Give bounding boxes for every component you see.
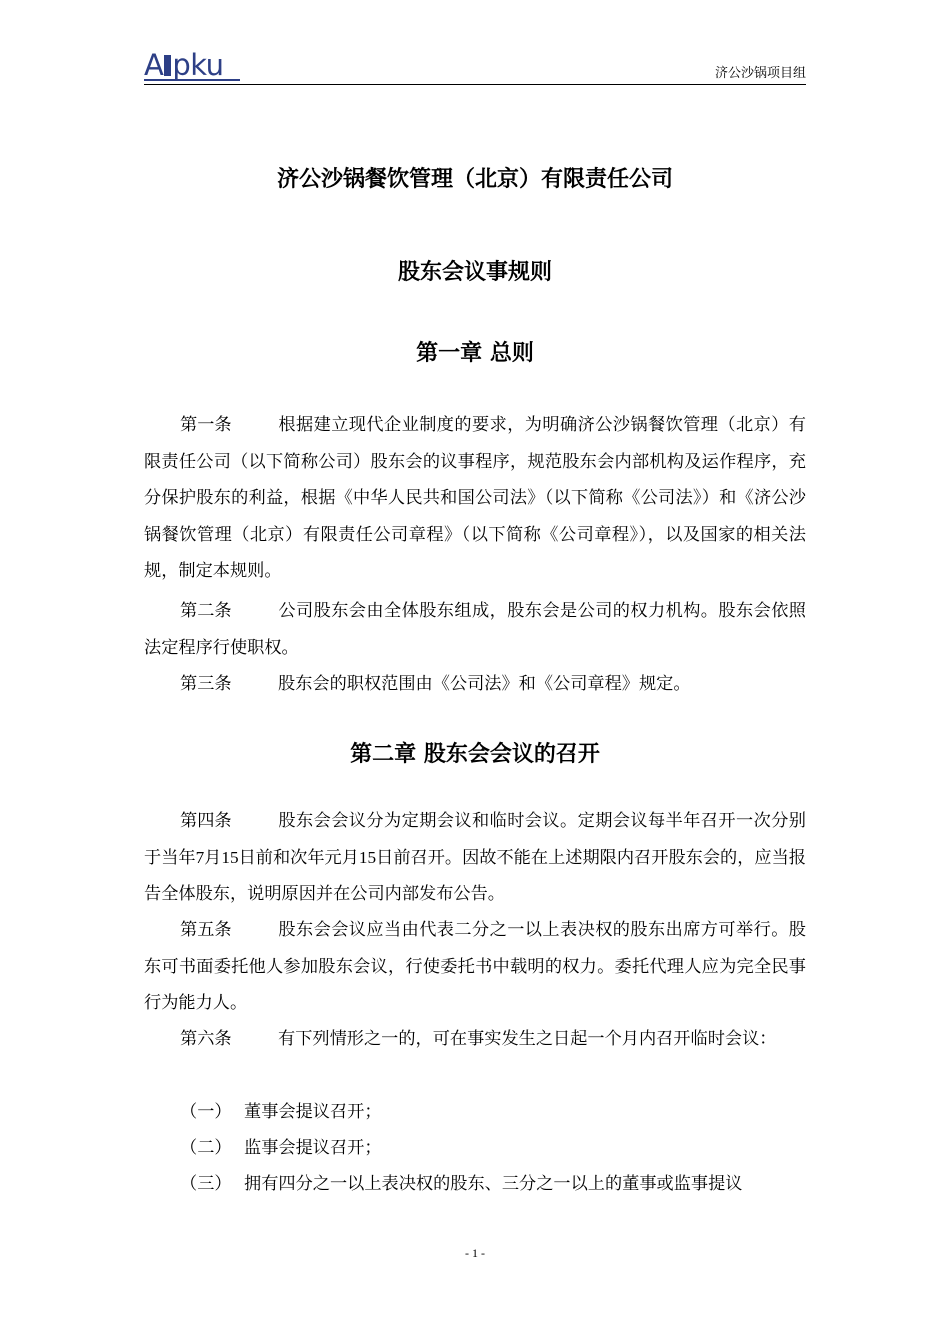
article-label: 第二条	[144, 593, 278, 630]
article-5: 第五条股东会会议应当由代表二分之一以上表决权的股东出席方可举行。股东可书面委托他…	[144, 912, 806, 1022]
list-item-text: 监事会提议召开；	[244, 1138, 382, 1157]
page-header: Apku 济公沙锅项目组	[144, 48, 806, 85]
chapter-1-title: 第一章 总则	[144, 336, 806, 367]
article-label: 第六条	[144, 1021, 278, 1058]
page-number: - 1 -	[0, 1246, 950, 1261]
article-text: 有下列情形之一的，可在事实发生之日起一个月内召开临时会议：	[278, 1029, 776, 1048]
article-6: 第六条有下列情形之一的，可在事实发生之日起一个月内召开临时会议：	[144, 1021, 806, 1058]
article-label: 第四条	[144, 803, 278, 840]
list-item-number: （一）	[180, 1094, 244, 1131]
article-label: 第三条	[144, 666, 278, 703]
list-item-text: 董事会提议召开；	[244, 1102, 382, 1121]
article-label: 第五条	[144, 912, 278, 949]
company-title: 济公沙锅餐饮管理（北京）有限责任公司	[144, 162, 806, 193]
chapter-2-title: 第二章 股东会会议的召开	[144, 737, 806, 768]
list-item: （二）监事会提议召开；	[180, 1130, 382, 1167]
logo-bar-icon	[164, 55, 171, 76]
list-item: （三）拥有四分之一以上表决权的股东、三分之一以上的董事或监事提议	[180, 1166, 742, 1203]
article-1: 第一条根据建立现代企业制度的要求，为明确济公沙锅餐饮管理（北京）有限责任公司（以…	[144, 407, 806, 590]
project-group-label: 济公沙锅项目组	[715, 62, 806, 81]
article-4: 第四条股东会会议分为定期会议和临时会议。定期会议每半年召开一次分别于当年7月15…	[144, 803, 806, 913]
article-label: 第一条	[144, 407, 278, 444]
list-item-number: （二）	[180, 1130, 244, 1167]
logo-underline	[144, 79, 240, 81]
alpku-logo: Apku	[144, 50, 224, 80]
document-title: 股东会议事规则	[144, 255, 806, 286]
article-2: 第二条公司股东会由全体股东组成，股东会是公司的权力机构。股东会依照法定程序行使职…	[144, 593, 806, 666]
article-3: 第三条股东会的职权范围由《公司法》和《公司章程》规定。	[144, 666, 806, 703]
list-item: （一）董事会提议召开；	[180, 1094, 382, 1131]
article-text: 股东会的职权范围由《公司法》和《公司章程》规定。	[278, 674, 691, 693]
list-item-number: （三）	[180, 1166, 244, 1203]
list-item-text: 拥有四分之一以上表决权的股东、三分之一以上的董事或监事提议	[244, 1174, 742, 1193]
